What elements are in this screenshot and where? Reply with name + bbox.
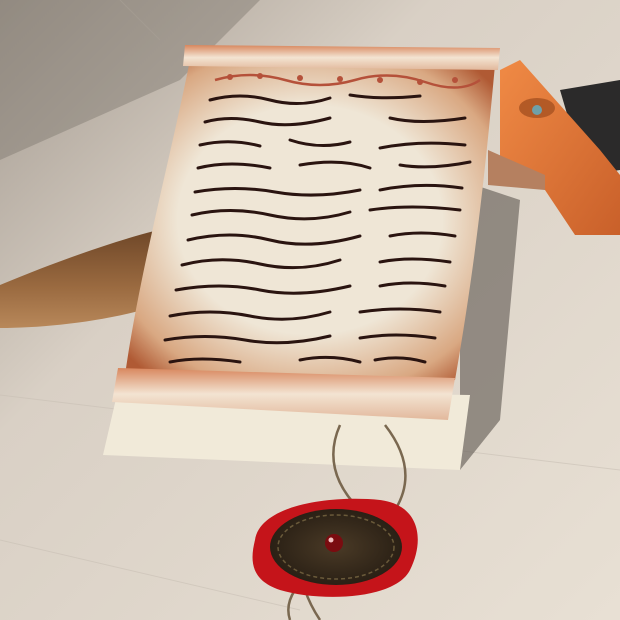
photo-scene: Handmade scroll-style card with aged par…	[0, 0, 620, 620]
scene-illustration	[0, 0, 620, 620]
